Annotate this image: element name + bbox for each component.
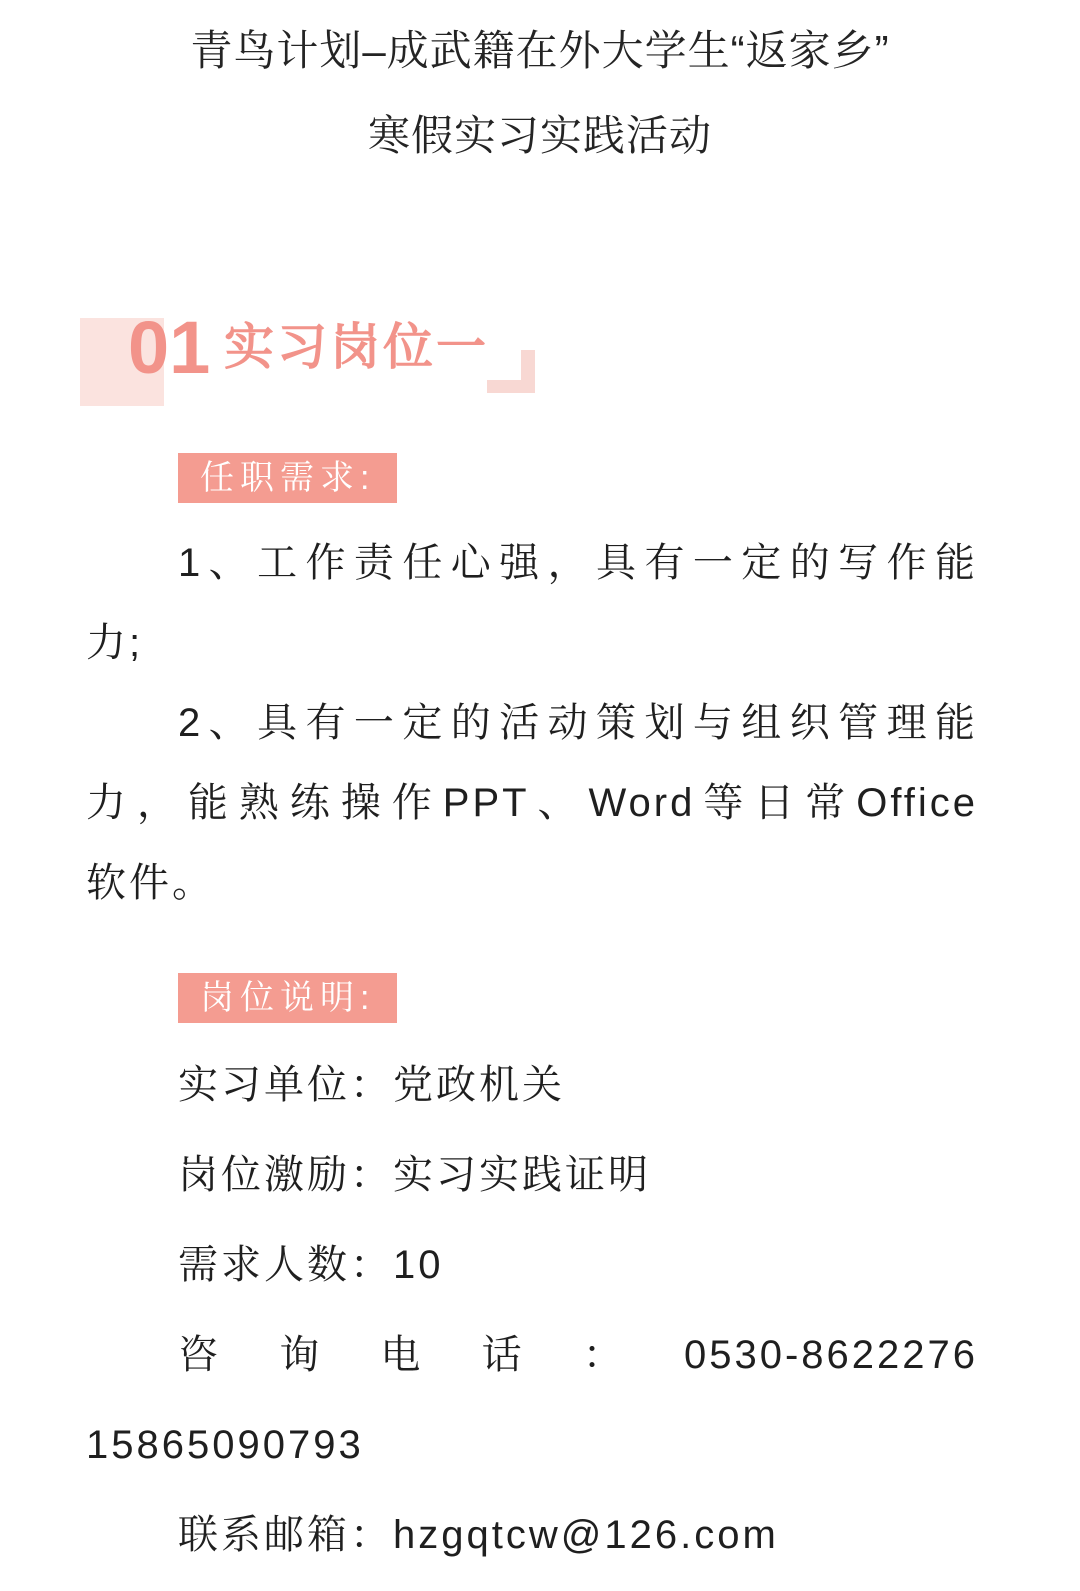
section-number: 01 xyxy=(128,311,210,385)
section-heading: 01 实习岗位一 xyxy=(0,306,1080,426)
detail-line-incentive: 岗位激励：实习实践证明 xyxy=(86,1151,978,1199)
requirements-label-badge: 任职需求: xyxy=(178,453,397,503)
requirement-line: 软件。 xyxy=(86,859,978,907)
detail-line-phone-2: 15865090793 xyxy=(86,1421,978,1469)
corner-bracket-icon xyxy=(487,350,535,393)
detail-line-unit: 实习单位：党政机关 xyxy=(86,1061,978,1109)
requirement-line: 2、具有一定的活动策划与组织管理能 xyxy=(86,699,978,747)
section-title: 实习岗位一 xyxy=(224,322,489,372)
detail-line-phone-1: 咨询电话：0530-8622276 xyxy=(86,1331,978,1379)
detail-line-email: 联系邮箱：hzgqtcw@126.com xyxy=(86,1511,978,1559)
requirements-label-row: 任职需求: xyxy=(86,453,978,503)
job-description-label-badge: 岗位说明: xyxy=(178,973,397,1023)
article-title-line-2: 寒假实习实践活动 xyxy=(0,109,1080,163)
requirement-line: 1、工作责任心强，具有一定的写作能 xyxy=(86,539,978,587)
requirement-line: 力; xyxy=(86,619,978,667)
article-title-line-1: 青鸟计划–成武籍在外大学生“返家乡” xyxy=(0,24,1080,78)
article-title: 青鸟计划–成武籍在外大学生“返家乡” 寒假实习实践活动 xyxy=(0,0,1080,163)
job-description-label-row: 岗位说明: xyxy=(86,973,978,1023)
article-body: 任职需求: 1、工作责任心强，具有一定的写作能 力; 2、具有一定的活动策划与组… xyxy=(0,453,1080,1559)
article-page: 青鸟计划–成武籍在外大学生“返家乡” 寒假实习实践活动 01 实习岗位一 任职需… xyxy=(0,0,1080,1591)
requirement-line: 力，能熟练操作PPT、Word等日常Office xyxy=(86,779,978,827)
detail-line-headcount: 需求人数：10 xyxy=(86,1241,978,1289)
